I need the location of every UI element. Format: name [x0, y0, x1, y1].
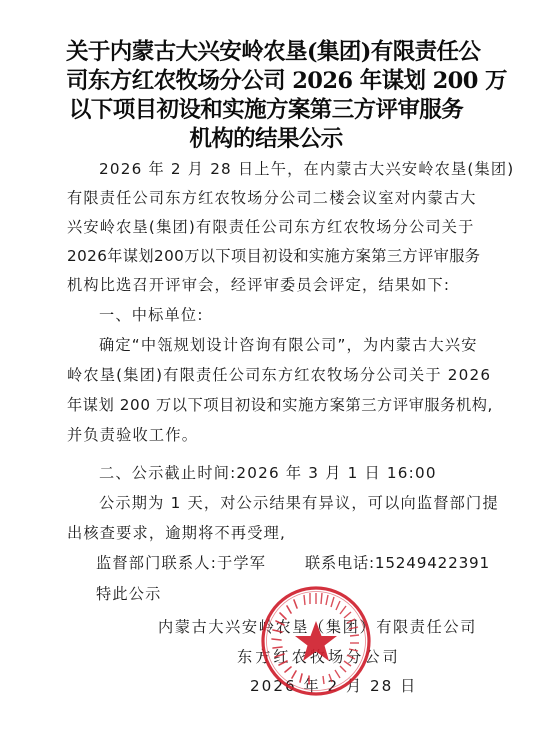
- contact-phone-number: 15249422391: [375, 554, 490, 572]
- para2-line-1: 确定“中瓴规划设计咨询有限公司”，为内蒙古大兴安: [99, 336, 478, 354]
- signature-org-line-1: 内蒙古大兴安岭农垦（集团）有限责任公司: [158, 618, 477, 636]
- para3-line-2: 出核查要求，逾期将不再受理,: [67, 524, 286, 542]
- title-line-1: 关于内蒙古大兴安岭农垦(集团)有限责任公: [66, 38, 466, 67]
- title-line-4: 机构的结果公示: [66, 125, 466, 154]
- contact-person: 监督部门联系人:于学军: [96, 554, 266, 572]
- document-title: 关于内蒙古大兴安岭农垦(集团)有限责任公 司东方红农牧场分公司 2026 年谋划…: [66, 38, 466, 154]
- para1-line-4: 2026年谋划200万以下项目初设和实施方案第三方评审服务: [67, 247, 480, 265]
- section-winning-bidder-heading: 一、中标单位:: [99, 306, 204, 324]
- contact-phone-label: 联系电话:: [305, 554, 375, 572]
- para3-line-1: 公示期为 1 天，对公示结果有异议，可以向监督部门提: [99, 494, 499, 512]
- para1-line-2: 有限责任公司东方红农牧场分公司二楼会议室对内蒙古大: [67, 189, 477, 207]
- para1-line-3: 兴安岭农垦(集团)有限责任公司东方红农牧场分公司关于: [67, 218, 475, 236]
- para1-line-5: 机构比选召开评审会，经评审委员会评定，结果如下:: [67, 276, 450, 294]
- title-line-2: 司东方红农牧场分公司 2026 年谋划 200 万: [66, 67, 466, 96]
- signature-date: 2026 年 2 月 28 日: [250, 677, 417, 695]
- title-line-3: 以下项目初设和实施方案第三方评审服务: [66, 96, 466, 125]
- announcement-document: 关于内蒙古大兴安岭农垦(集团)有限责任公 司东方红农牧场分公司 2026 年谋划…: [0, 0, 537, 739]
- para2-line-3: 年谋划 200 万以下项目初设和实施方案第三方评审服务机构,: [67, 396, 493, 414]
- para1-line-1: 2026 年 2 月 28 日上午，在内蒙古大兴安岭农垦(集团): [99, 160, 514, 178]
- closing-text: 特此公示: [96, 585, 162, 603]
- contact-person-name: 于学军: [217, 554, 266, 572]
- contact-phone: 联系电话:15249422391: [305, 554, 490, 572]
- section-deadline-heading: 二、公示截止时间:2026 年 3 月 1 日 16:00: [99, 464, 437, 482]
- para2-line-4: 并负责验收工作。: [67, 426, 198, 444]
- para2-line-2: 岭农垦(集团)有限责任公司东方红农牧场分公司关于 2026: [67, 366, 491, 384]
- signature-org-line-2: 东方红农牧场分公司: [237, 648, 401, 666]
- contact-person-label: 监督部门联系人:: [96, 554, 217, 572]
